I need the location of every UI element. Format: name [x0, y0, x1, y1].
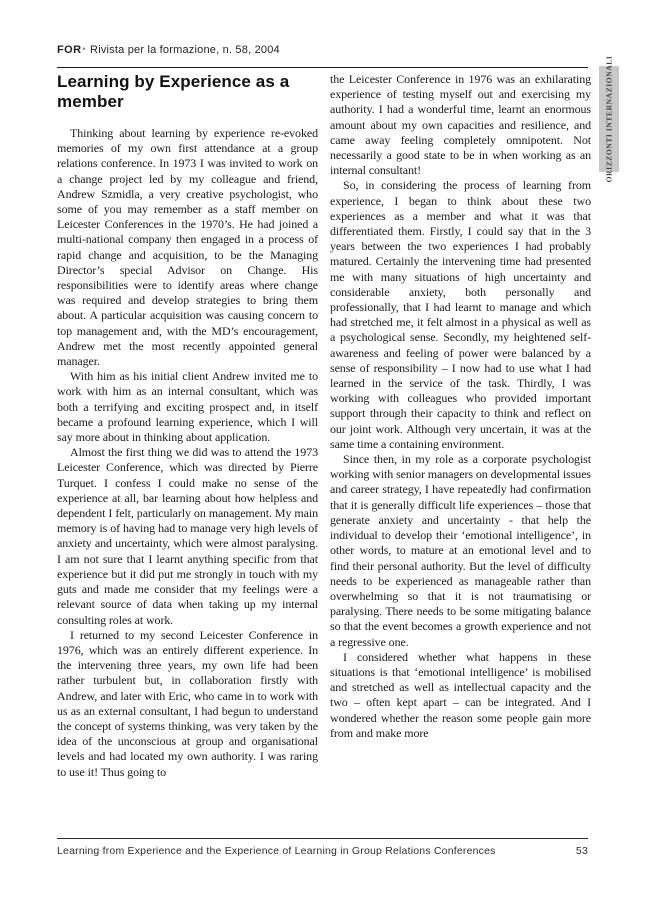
paragraph: I considered whether what happens in the…	[330, 650, 591, 741]
section-tab: ORIZZONTI INTERNAZIONALI	[599, 66, 619, 172]
paragraph: Since then, in my role as a corporate ps…	[330, 452, 591, 650]
paragraph: So, in considering the process of learni…	[330, 178, 591, 452]
paragraph: Almost the first thing we did was to att…	[57, 445, 318, 627]
left-column: Learning by Experience as a member Think…	[57, 72, 318, 780]
page-footer: Learning from Experience and the Experie…	[57, 845, 588, 857]
paragraph: I returned to my second Leicester Confer…	[57, 628, 318, 780]
journal-name: FOR	[57, 44, 81, 56]
journal-header: FOR• Rivista per la formazione, n. 58, 2…	[57, 44, 590, 56]
right-column: the Leicester Conference in 1976 was an …	[330, 72, 591, 741]
article-page: FOR• Rivista per la formazione, n. 58, 2…	[0, 0, 650, 903]
section-tab-label: ORIZZONTI INTERNAZIONALI	[605, 56, 614, 183]
running-title: Learning from Experience and the Experie…	[57, 845, 496, 857]
journal-issue-info: Rivista per la formazione, n. 58, 2004	[90, 44, 280, 56]
header-divider	[57, 67, 588, 68]
paragraph: the Leicester Conference in 1976 was an …	[330, 72, 591, 178]
footer-divider	[57, 838, 588, 839]
page-number: 53	[576, 845, 588, 857]
paragraph: Thinking about learning by experience re…	[57, 126, 318, 369]
bullet-icon: •	[81, 44, 86, 54]
paragraph: With him as his initial client Andrew in…	[57, 369, 318, 445]
article-title: Learning by Experience as a member	[57, 72, 318, 112]
